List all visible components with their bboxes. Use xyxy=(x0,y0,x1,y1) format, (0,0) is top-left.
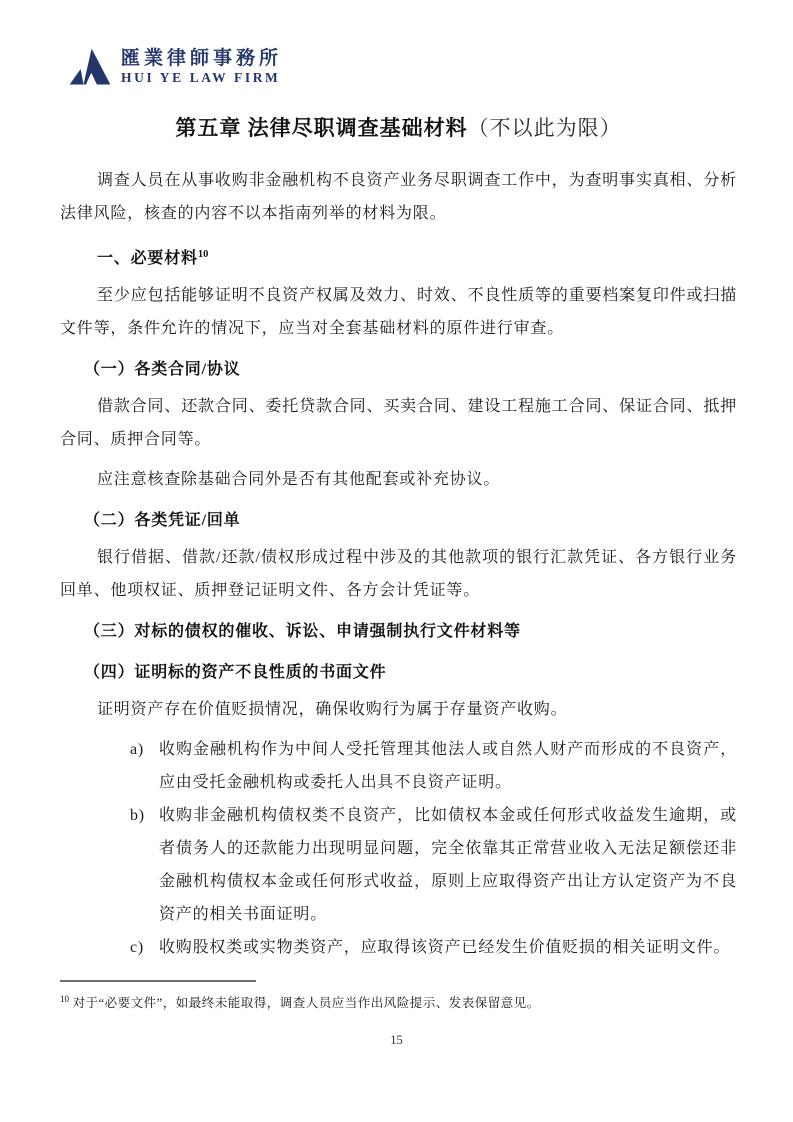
logo-triangle-icon xyxy=(68,46,112,88)
subsection-heading-contracts: （一）各类合同/协议 xyxy=(60,353,737,386)
subsection-heading-vouchers: （二）各类凭证/回单 xyxy=(60,504,737,537)
chapter-title-scope-note: （不以此为限） xyxy=(468,116,622,140)
footnote-body: 对于“必要文件”，如最终未能取得，调查人员应当作出风险提示、发表保留意见。 xyxy=(73,996,540,1010)
list-item: a) 收购金融机构作为中间人受托管理其他法人或自然人财产而形成的不良资产，应由受… xyxy=(130,733,737,799)
npl-proof-list: a) 收购金融机构作为中间人受托管理其他法人或自然人财产而形成的不良资产，应由受… xyxy=(60,733,737,964)
vouchers-paragraph: 银行借据、借款/还款/债权形成过程中涉及的其他款项的银行汇款凭证、各方银行业务回… xyxy=(60,541,737,607)
list-item-text: 收购非金融机构债权类不良资产，比如债权本金或任何形式收益发生逾期，或者债务人的还… xyxy=(159,799,737,931)
list-item: b) 收购非金融机构债权类不良资产，比如债权本金或任何形式收益发生逾期，或者债务… xyxy=(130,799,737,931)
document-page: 匯業律師事務所 HUI YE LAW FIRM 第五章 法律尽职调查基础材料（不… xyxy=(0,0,793,1122)
list-item-text: 收购金融机构作为中间人受托管理其他法人或自然人财产而形成的不良资产，应由受托金融… xyxy=(159,733,737,799)
law-firm-logo: 匯業律師事務所 HUI YE LAW FIRM xyxy=(68,46,737,88)
list-item: c) 收购股权类或实物类资产，应取得该资产已经发生价值贬损的相关证明文件。 xyxy=(130,931,737,964)
subsection-heading-enforcement-documents: （三）对标的债权的催收、诉讼、申请强制执行文件材料等 xyxy=(60,615,737,648)
npl-proof-lead-paragraph: 证明资产存在价值贬损情况，确保收购行为属于存量资产收购。 xyxy=(60,693,737,726)
section-heading-text: 一、必要材料 xyxy=(97,250,198,267)
page-number: 15 xyxy=(0,1033,793,1048)
intro-paragraph: 调查人员在从事收购非金融机构不良资产业务尽职调查工作中，为查明事实真相、分析法律… xyxy=(60,164,737,230)
footnote-separator xyxy=(60,980,256,982)
list-item-marker: c) xyxy=(130,931,159,964)
required-materials-lead-paragraph: 至少应包括能够证明不良资产权属及效力、时效、不良性质等的重要档案复印件或扫描文件… xyxy=(60,279,737,345)
section-heading-required-materials: 一、必要材料10 xyxy=(60,238,737,275)
list-item-marker: a) xyxy=(130,733,159,799)
logo-cn-text: 匯業律師事務所 xyxy=(121,48,282,70)
logo-en-text: HUI YE LAW FIRM xyxy=(121,70,282,86)
chapter-title-main: 第五章 法律尽职调查基础材料 xyxy=(175,116,467,140)
logo-wordmark: 匯業律師事務所 HUI YE LAW FIRM xyxy=(121,48,282,85)
footnote-ref-marker: 10 xyxy=(198,249,209,260)
footnote-text: 10 对于“必要文件”，如最终未能取得，调查人员应当作出风险提示、发表保留意见。 xyxy=(60,990,737,1013)
supplementary-agreements-paragraph: 应注意核查除基础合同外是否有其他配套或补充协议。 xyxy=(60,463,737,496)
footnote-number: 10 xyxy=(60,994,69,1004)
chapter-title: 第五章 法律尽职调查基础材料（不以此为限） xyxy=(60,112,737,142)
footnote-area: 10 对于“必要文件”，如最终未能取得，调查人员应当作出风险提示、发表保留意见。 xyxy=(60,980,737,1013)
contracts-paragraph: 借款合同、还款合同、委托贷款合同、买卖合同、建设工程施工合同、保证合同、抵押合同… xyxy=(60,390,737,456)
list-item-marker: b) xyxy=(130,799,159,931)
list-item-text: 收购股权类或实物类资产，应取得该资产已经发生价值贬损的相关证明文件。 xyxy=(159,931,737,964)
subsection-heading-npl-proof-documents: （四）证明标的资产不良性质的书面文件 xyxy=(60,656,737,689)
